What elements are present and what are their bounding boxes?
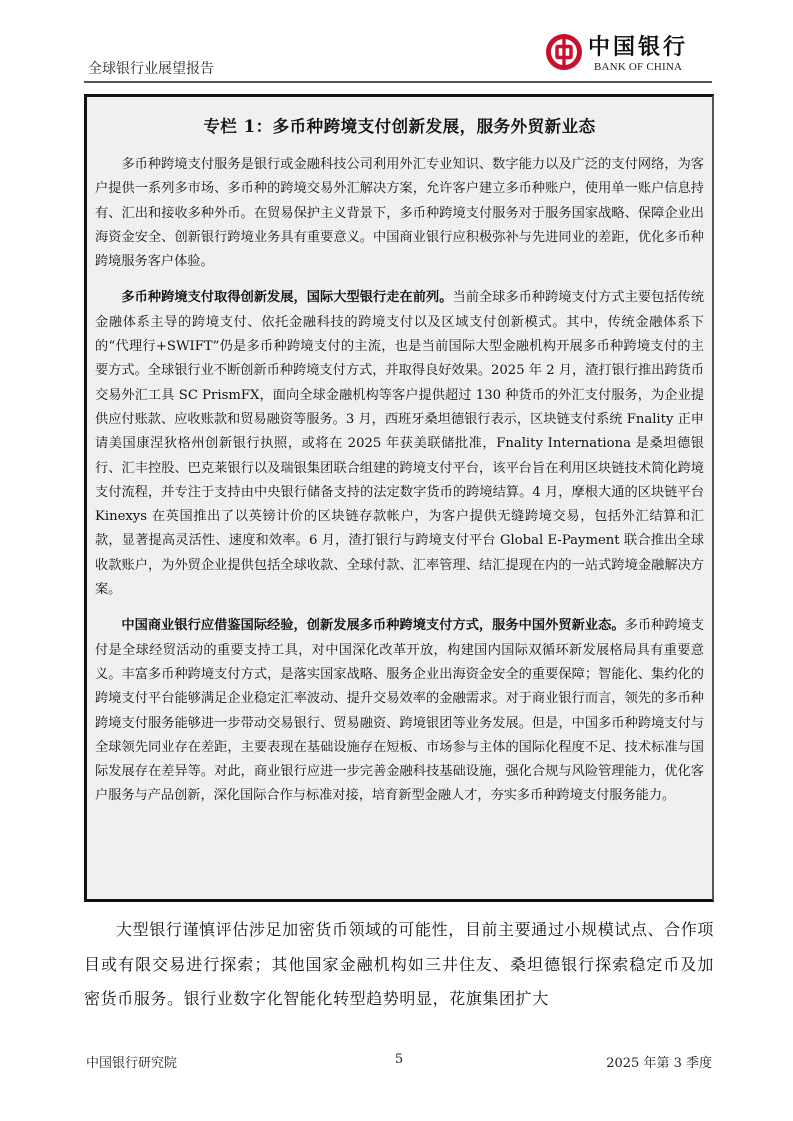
- paragraph-lead: 中国商业银行应借鉴国际经验，创新发展多币种跨境支付方式，服务中国外贸新业态。: [121, 618, 624, 633]
- header-divider: [84, 81, 712, 83]
- sidebar-box: 专栏 1：多币种跨境支付创新发展，服务外贸新业态 多币种跨境支付服务是银行或金融…: [84, 94, 714, 902]
- bank-logo: 中国银行 BANK OF CHINA: [546, 28, 706, 78]
- brand-name-en: BANK OF CHINA: [594, 61, 682, 73]
- footer-period: 2025 年第 3 季度: [606, 1052, 712, 1071]
- main-body-text: 大型银行谨慎评估涉足加密货币领域的可能性，目前主要通过小规模试点、合作项目或有限…: [84, 913, 714, 1017]
- box-paragraph: 多币种跨境支付服务是银行或金融科技公司利用外汇专业知识、数字能力以及广泛的支付网…: [95, 153, 704, 274]
- body-paragraph: 大型银行谨慎评估涉足加密货币领域的可能性，目前主要通过小规模试点、合作项目或有限…: [84, 913, 714, 1017]
- paragraph-text: 多币种跨境支付是全球经贸活动的重要支持工具，对中国深化改革开放，构建国内国际双循…: [95, 618, 704, 803]
- page-header: 全球银行业展望报告 中国银行 BANK OF CHINA: [84, 28, 712, 82]
- box-paragraph: 多币种跨境支付取得创新发展，国际大型银行走在前列。当前全球多币种跨境支付方式主要…: [95, 286, 704, 602]
- box-paragraph: 中国商业银行应借鉴国际经验，创新发展多币种跨境支付方式，服务中国外贸新业态。多币…: [95, 614, 704, 808]
- bank-of-china-logo-icon: [546, 34, 582, 70]
- box-body: 多币种跨境支付服务是银行或金融科技公司利用外汇专业知识、数字能力以及广泛的支付网…: [95, 153, 704, 821]
- paragraph-text: 当前全球多币种跨境支付方式主要包括传统金融体系主导的跨境支付、依托金融科技的跨境…: [95, 290, 704, 597]
- paragraph-lead: 多币种跨境支付取得创新发展，国际大型银行走在前列。: [121, 290, 452, 305]
- brand-name-cn: 中国银行: [588, 30, 688, 61]
- box-title: 专栏 1：多币种跨境支付创新发展，服务外贸新业态: [87, 113, 712, 137]
- report-title: 全球银行业展望报告: [88, 58, 214, 78]
- paragraph-text: 多币种跨境支付服务是银行或金融科技公司利用外汇专业知识、数字能力以及广泛的支付网…: [95, 157, 704, 269]
